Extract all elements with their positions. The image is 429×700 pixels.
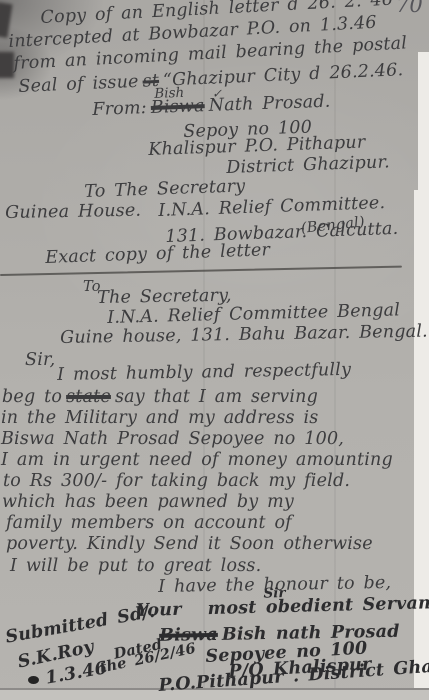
closing-most: most: [207, 598, 256, 619]
body-line-6: to Rs 300/- for taking back my field.: [3, 471, 350, 491]
binding-mark-left: [0, 52, 14, 78]
body-line-3: in the Military and my address is: [1, 408, 318, 428]
closing-line-2: Yourmost Sirobedient Servant,: [136, 593, 429, 621]
struck-word-state: state: [66, 387, 111, 407]
closing-gap: [182, 614, 208, 615]
body-line-8: family members on account of: [6, 513, 292, 533]
addressee-line-2a: Guinea House.: [5, 201, 141, 223]
seal-text-rest: “Ghazipur City d 26.2.46.: [163, 60, 404, 90]
ink-blot: [28, 676, 39, 684]
inserted-word-bish: Bish: [154, 83, 185, 104]
right-edge-strip-upper: [418, 52, 429, 192]
body-line-9: poverty. Kindly Send it Soon otherwise: [6, 534, 373, 554]
document-page: 70 Copy of an English letter d 26. 2. 46…: [0, 0, 429, 700]
right-edge-strip-lower: [414, 190, 429, 700]
exact-copy-heading: Exact copy of the letter: [45, 240, 270, 268]
inserted-word-sir: Sir: [263, 583, 286, 604]
body-line-2-post: say that I am serving: [115, 387, 318, 407]
closing-rest: obedient Servant,: [266, 593, 429, 618]
body-line-10: I will be put to great loss.: [10, 556, 261, 576]
body-line-5: I am in urgent need of money amounting: [1, 450, 393, 470]
body-line-1: I most humbly and respectfully: [57, 360, 351, 385]
from-label: From:: [92, 98, 147, 120]
struck-signature-biswa: Biswa: [159, 625, 218, 646]
sender-address-line-3: District Ghazipur.: [226, 152, 390, 178]
body-line-7: which has been pawned by my: [2, 492, 294, 512]
seal-text: Seal of issue: [18, 72, 139, 97]
from-name: Nath Prosad.: [208, 92, 330, 116]
body-line-4: Biswa Nath Prosad Sepoyee no 100,: [1, 429, 344, 449]
from-line: From:Bish✓BiswaNath Prosad.: [92, 92, 331, 120]
caret-mark: ✓: [212, 83, 223, 103]
salutation: Sir,: [25, 350, 55, 370]
body-line-2-pre: beg to: [2, 387, 62, 407]
page-number-mark: 70: [396, 0, 423, 17]
body-line-2: beg tostatesay that I am serving: [2, 387, 318, 407]
